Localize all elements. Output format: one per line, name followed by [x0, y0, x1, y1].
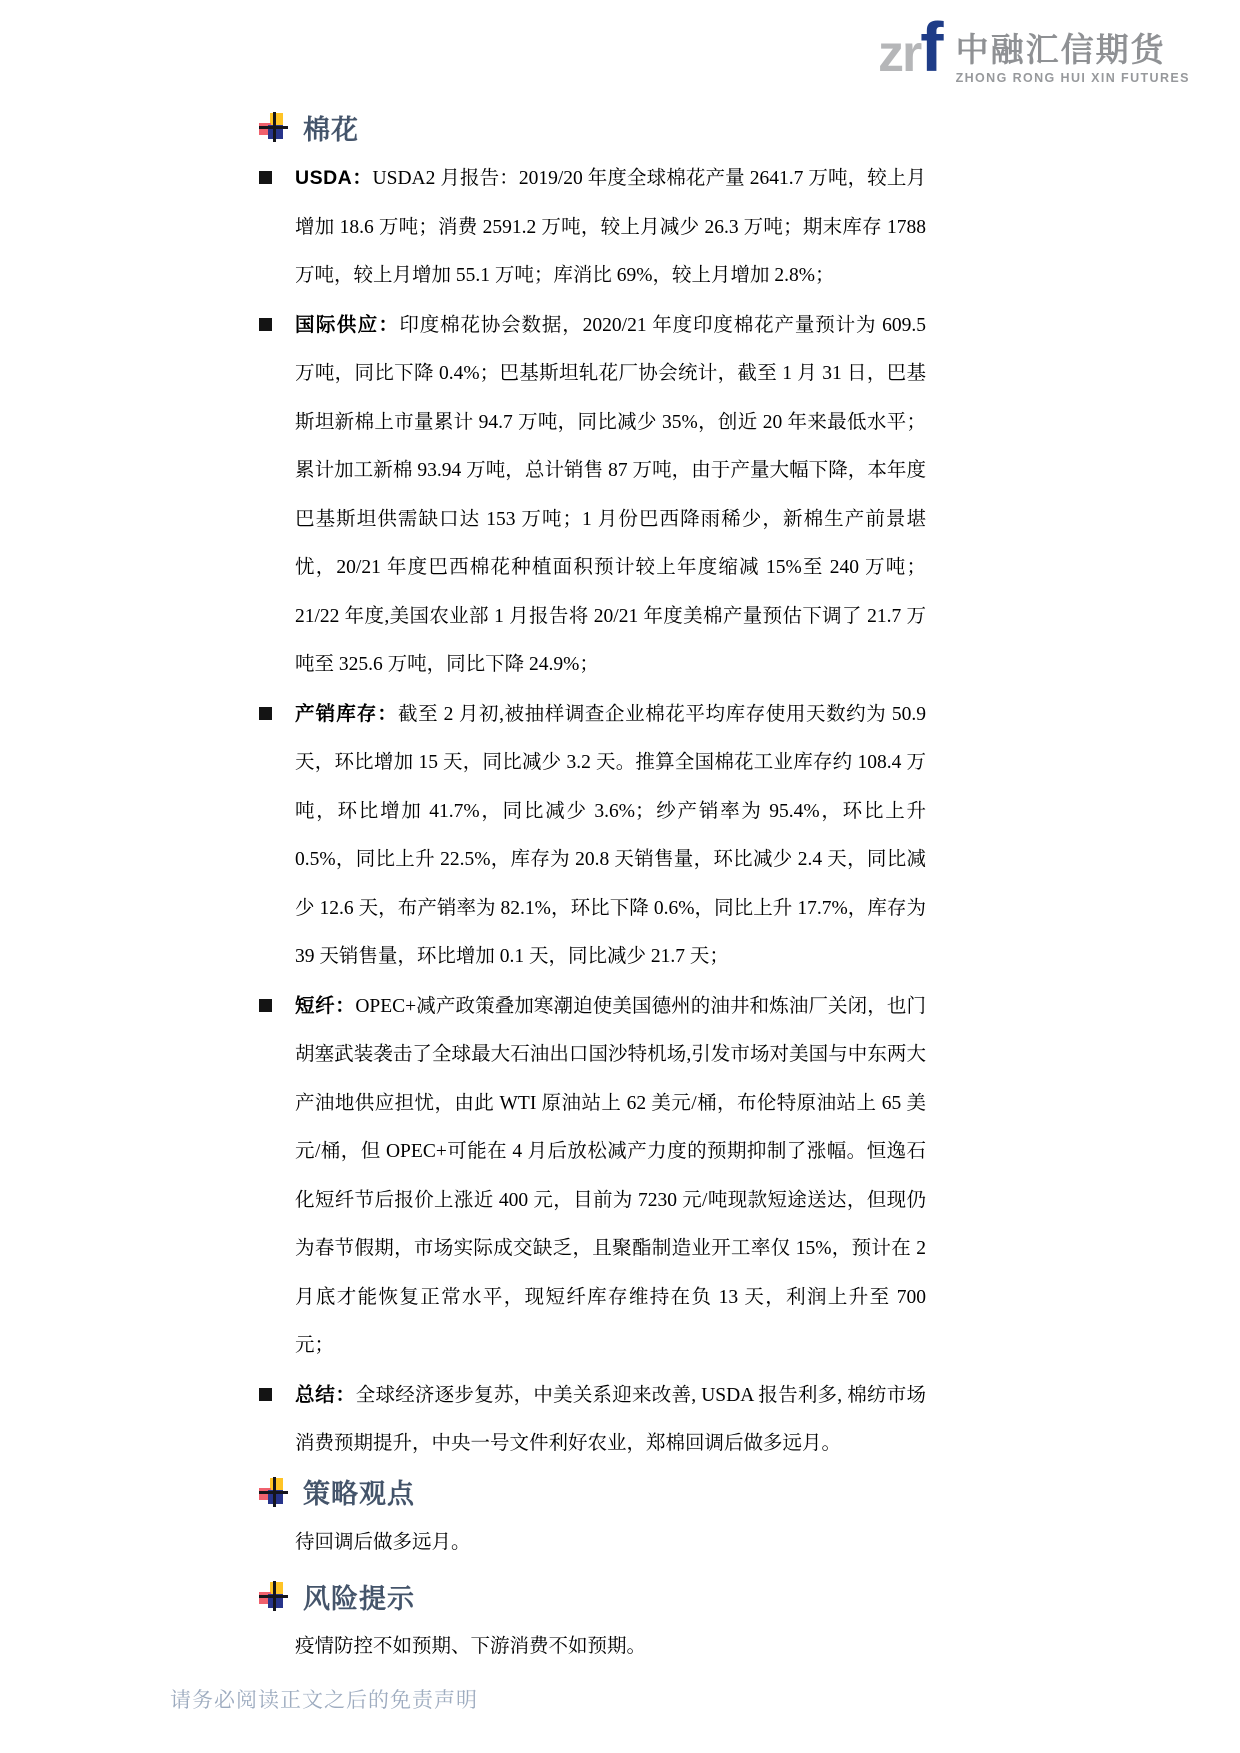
cotton-bullet-list: USDA：USDA2 月报告：2019/20 年度全球棉花产量 2641.7 万… — [258, 154, 926, 1469]
colored-cross-marker-icon — [258, 112, 288, 142]
bullet-item-short-fiber: 短纤：OPEC+减产政策叠加寒潮迫使美国德州的油井和炼油厂关闭，也门胡塞武装袭击… — [258, 982, 926, 1371]
report-body: 棉花 USDA：USDA2 月报告：2019/20 年度全球棉花产量 2641.… — [258, 104, 926, 1678]
company-name-cn: 中融汇信期货 — [956, 32, 1190, 68]
section-title-strategy: 策略观点 — [303, 1472, 415, 1511]
square-bullet-icon — [259, 318, 272, 331]
logo-f-text: f — [920, 20, 943, 75]
section-header-risk: 风险提示 — [258, 1573, 926, 1619]
bullet-label: 国际供应： — [295, 314, 399, 336]
logo-zrf-mark: zr f — [878, 20, 944, 75]
logo-zr-text: zr — [878, 34, 920, 75]
square-bullet-icon — [259, 171, 272, 184]
section-title-cotton: 棉花 — [303, 108, 359, 147]
bullet-text: 全球经济逐步复苏，中美关系迎来改善, USDA 报告利多, 棉纺市场消费预期提升… — [295, 1385, 926, 1455]
bullet-text: 印度棉花协会数据，2020/21 年度印度棉花产量预计为 609.5 万吨，同比… — [295, 315, 926, 676]
bullet-item-international-supply: 国际供应：印度棉花协会数据，2020/21 年度印度棉花产量预计为 609.5 … — [258, 301, 926, 690]
section-header-cotton: 棉花 — [258, 104, 926, 150]
company-name-en: ZHONG RONG HUI XIN FUTURES — [956, 71, 1190, 85]
bullet-label: 总结： — [295, 1384, 356, 1406]
bullet-text: 截至 2 月初,被抽样调查企业棉花平均库存使用天数约为 50.9 天，环比增加 … — [295, 704, 926, 968]
bullet-label: USDA： — [295, 167, 373, 189]
strategy-text: 待回调后做多远月。 — [295, 1519, 926, 1568]
square-bullet-icon — [259, 1388, 272, 1401]
bullet-item-summary: 总结：全球经济逐步复苏，中美关系迎来改善, USDA 报告利多, 棉纺市场消费预… — [258, 1371, 926, 1469]
square-bullet-icon — [259, 999, 272, 1012]
colored-cross-marker-icon — [258, 1581, 288, 1611]
bullet-text: OPEC+减产政策叠加寒潮迫使美国德州的油井和炼油厂关闭，也门胡塞武装袭击了全球… — [295, 996, 926, 1357]
logo-names: 中融汇信期货 ZHONG RONG HUI XIN FUTURES — [956, 20, 1190, 85]
bullet-item-inventory: 产销库存：截至 2 月初,被抽样调查企业棉花平均库存使用天数约为 50.9 天，… — [258, 690, 926, 982]
section-title-risk: 风险提示 — [303, 1577, 415, 1616]
bullet-label: 短纤： — [295, 995, 355, 1017]
section-header-strategy: 策略观点 — [258, 1469, 926, 1515]
risk-text: 疫情防控不如预期、下游消费不如预期。 — [295, 1623, 926, 1672]
report-page: zr f 中融汇信期货 ZHONG RONG HUI XIN FUTURES 棉… — [0, 0, 1240, 1753]
square-bullet-icon — [259, 707, 272, 720]
bullet-label: 产销库存： — [295, 703, 398, 725]
colored-cross-marker-icon — [258, 1477, 288, 1507]
footer-disclaimer: 请务必阅读正文之后的免责声明 — [170, 1684, 478, 1714]
bullet-item-usda: USDA：USDA2 月报告：2019/20 年度全球棉花产量 2641.7 万… — [258, 154, 926, 301]
bullet-text: USDA2 月报告：2019/20 年度全球棉花产量 2641.7 万吨，较上月… — [295, 168, 926, 286]
company-logo: zr f 中融汇信期货 ZHONG RONG HUI XIN FUTURES — [878, 20, 1190, 85]
